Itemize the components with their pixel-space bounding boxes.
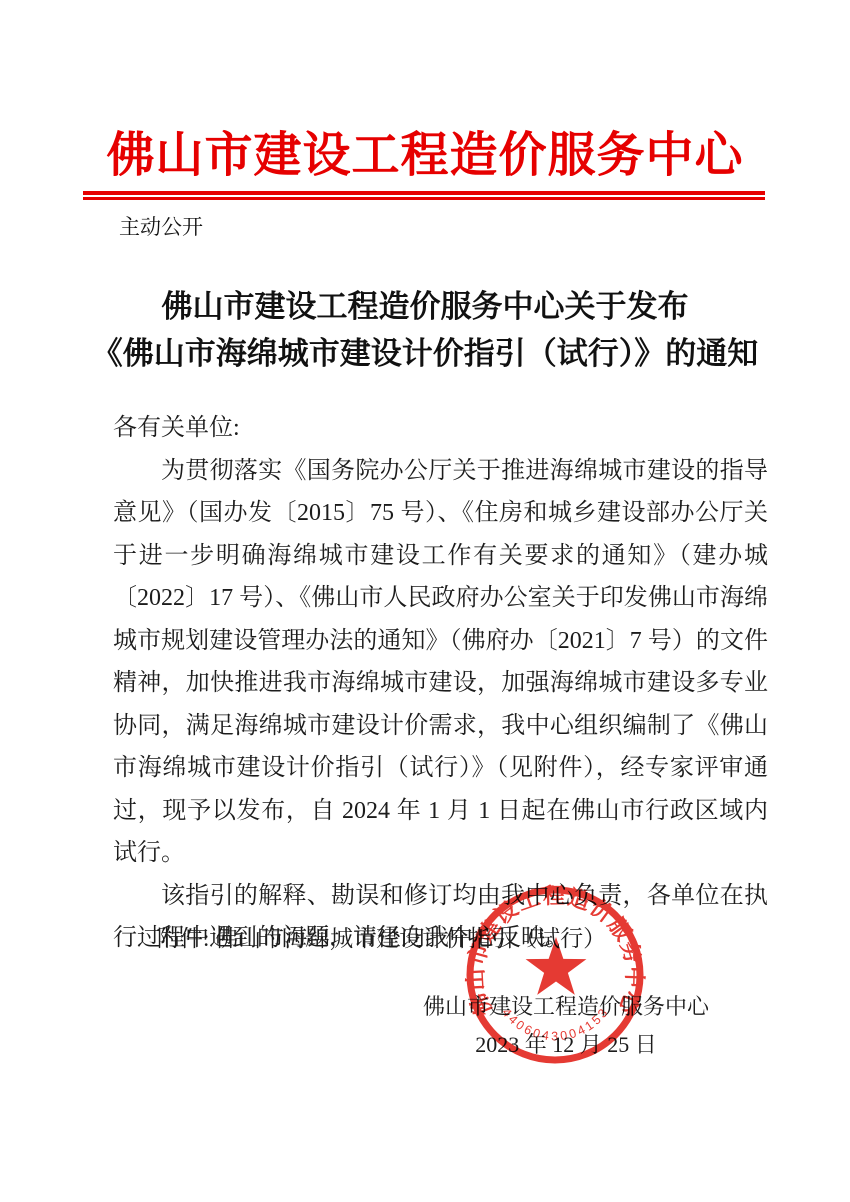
official-seal: 佛山市建设工程造价服务中心 4406043004153	[455, 875, 655, 1075]
document-title: 佛山市建设工程造价服务中心关于发布 《佛山市海绵城市建设计价指引（试行）》的通知	[0, 283, 850, 377]
document-title-line2: 《佛山市海绵城市建设计价指引（试行）》的通知	[0, 330, 850, 377]
seal-code-text: 4406043004153	[499, 1006, 610, 1044]
svg-text:4406043004153: 4406043004153	[499, 1006, 610, 1044]
document-title-line1: 佛山市建设工程造价服务中心关于发布	[0, 283, 850, 330]
divider-line-top	[83, 191, 765, 195]
letterhead-org-name: 佛山市建设工程造价服务中心	[0, 116, 850, 185]
divider-line-bottom	[83, 197, 765, 200]
document-body: 各有关单位: 为贯彻落实《国务院办公厅关于推进海绵城市建设的指导意见》（国办发〔…	[113, 407, 768, 960]
attachment-line: 附件: 佛山市海绵城市建设计价指引（试行）	[113, 920, 768, 953]
seal-star-icon	[526, 937, 587, 995]
salutation: 各有关单位:	[113, 407, 768, 450]
letterhead-divider	[83, 191, 765, 200]
disclosure-label: 主动公开	[119, 211, 203, 241]
document-page: 佛山市建设工程造价服务中心 主动公开 佛山市建设工程造价服务中心关于发布 《佛山…	[0, 0, 850, 1202]
body-paragraph-1: 为贯彻落实《国务院办公厅关于推进海绵城市建设的指导意见》（国办发〔2015〕75…	[113, 450, 768, 875]
